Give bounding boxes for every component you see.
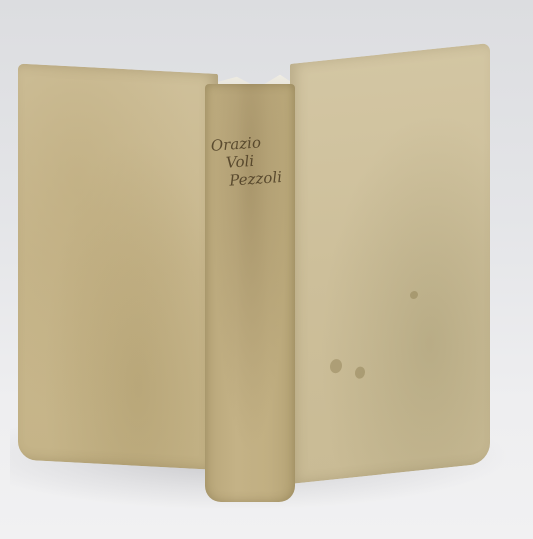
stain [330,359,342,374]
stain [355,366,365,379]
photo-scene: Orazio Voli Pezzoli [0,0,533,539]
book-front-cover [18,64,218,470]
stain [410,291,418,300]
spine-handwriting: Orazio Voli Pezzoli [210,131,294,190]
book-back-cover [290,43,490,484]
